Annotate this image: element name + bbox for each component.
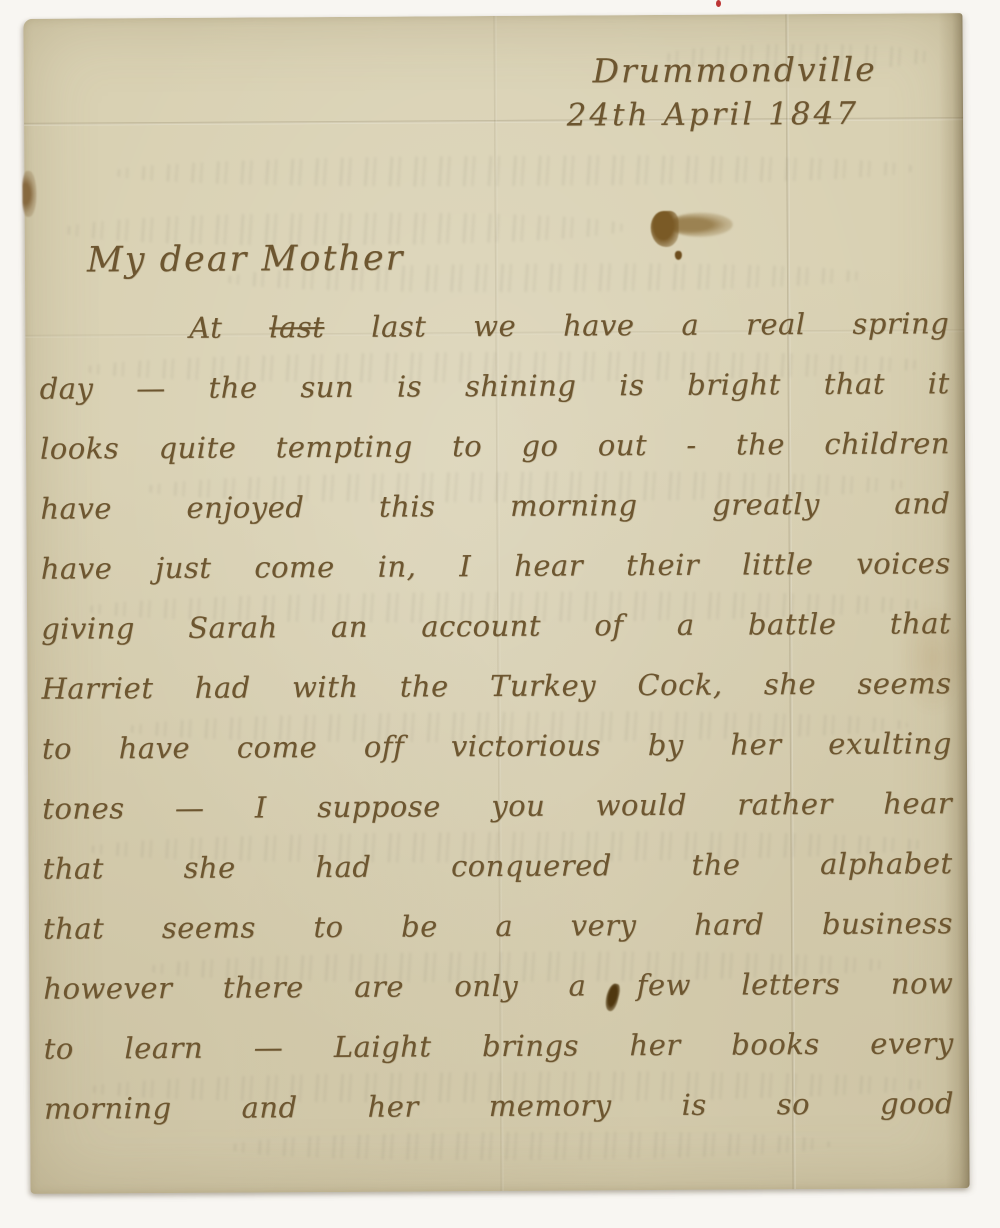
ink-stain [651, 211, 679, 247]
letter-line: to have come off victorious by her exult… [42, 717, 952, 783]
edge-stain [22, 171, 36, 217]
letter-line: tones — I suppose you would rather hear [42, 777, 952, 843]
letter-line: that seems to be a very hard business [43, 897, 953, 963]
letter-line: have just come in, I hear their little v… [41, 537, 951, 603]
letter-line: Harriet had with the Turkey Cock, she se… [41, 657, 951, 723]
bleedthrough-band [112, 153, 917, 188]
letter-line: At last last we have a real spring [39, 297, 949, 363]
ink-stain [675, 251, 682, 260]
letter-line: however there are only a few letters now [43, 957, 953, 1023]
struck-word: last [269, 310, 324, 344]
letter-place: Drummondville [592, 50, 876, 91]
letter-line: to learn — Laight brings her books every [44, 1017, 954, 1083]
letter-line: day — the sun is shining is bright that … [40, 357, 950, 423]
letter-line-text: last we have a real spring [371, 306, 949, 344]
letter-salutation: My dear Mother [87, 239, 405, 281]
letter-body: At last last we have a real spring day —… [39, 297, 954, 1143]
letter-line-text: At [189, 311, 222, 345]
letter-page: Drummondville 24th April 1847 My dear Mo… [23, 13, 969, 1194]
letter-line: looks quite tempting to go out - the chi… [40, 417, 950, 483]
letter-line: that she had conquered the alphabet [42, 837, 952, 903]
scan-artifact-dot [716, 0, 721, 7]
letter-date: 24th April 1847 [567, 96, 860, 134]
letter-line: morning and her memory is so good [44, 1077, 954, 1143]
letter-line: have enjoyed this morning greatly and [40, 477, 950, 543]
letter-line: giving Sarah an account of a battle that [41, 597, 951, 663]
